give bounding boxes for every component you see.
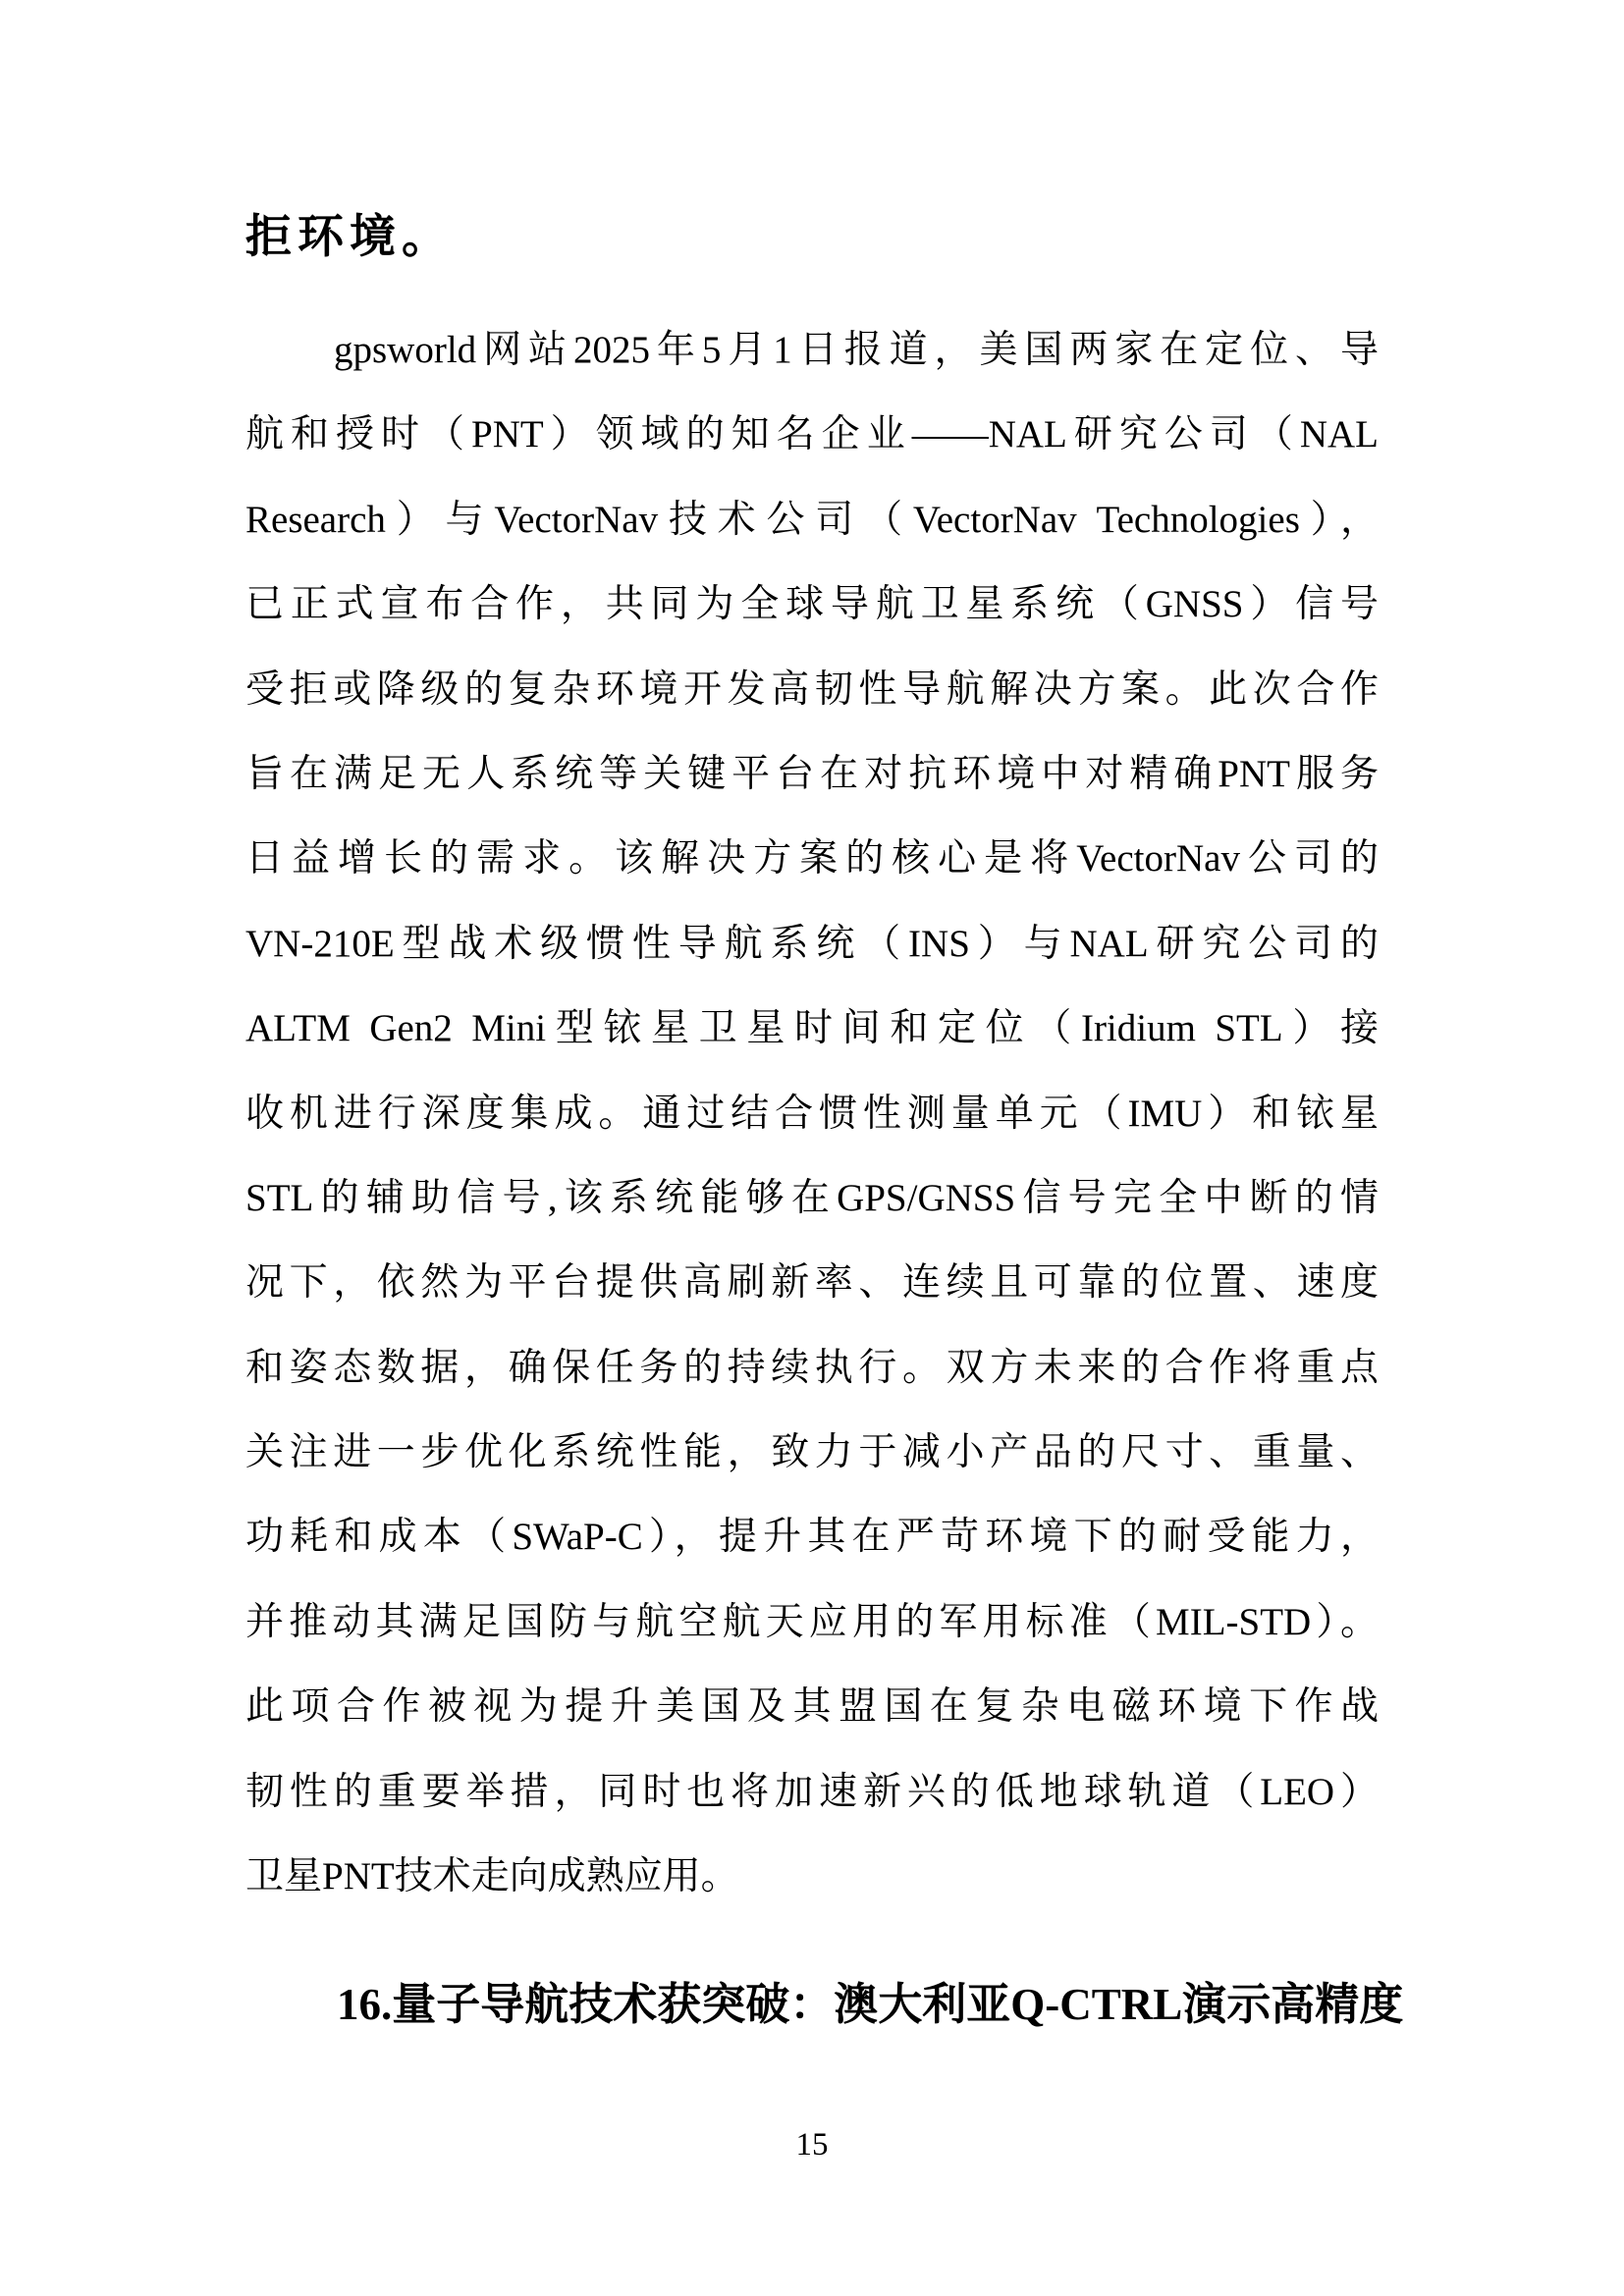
paragraph-line: gpsworld网站2025年5月1日报道，美国两家在定位、导 <box>245 308 1379 393</box>
paragraph-line: 收机进行深度集成。通过结合惯性测量单元（IMU）和铱星 <box>245 1072 1379 1156</box>
paragraph-line: 和姿态数据，确保任务的持续执行。双方未来的合作将重点 <box>245 1326 1379 1411</box>
paragraph-line: 日益增长的需求。该解决方案的核心是将VectorNav公司的 <box>245 817 1379 901</box>
body-paragraph: gpsworld网站2025年5月1日报道，美国两家在定位、导 航和授时（PNT… <box>245 308 1379 1919</box>
paragraph-line: 航和授时（PNT）领域的知名企业——NAL研究公司（NAL <box>245 393 1379 477</box>
paragraph-line: VN-210E型战术级惯性导航系统（INS）与NAL研究公司的 <box>245 902 1379 987</box>
paragraph-line: STL的辅助信号,该系统能够在GPS/GNSS信号完全中断的情 <box>245 1156 1379 1241</box>
carryover-heading-text: 拒环境。 <box>245 195 1379 280</box>
paragraph-line: 功耗和成本（SWaP-C），提升其在严苛环境下的耐受能力， <box>245 1495 1379 1579</box>
paragraph-line: 韧性的重要举措，同时也将加速新兴的低地球轨道（LEO） <box>245 1750 1379 1835</box>
page-number: 15 <box>0 2123 1624 2166</box>
paragraph-line: Research）与VectorNav技术公司（VectorNav Techno… <box>245 478 1379 562</box>
paragraph-line: 并推动其满足国防与航空航天应用的军用标准（MIL-STD）。 <box>245 1580 1379 1665</box>
section-16-heading: 16.量子导航技术获突破：澳大利亚Q-CTRL演示高精度 <box>337 1962 1574 2047</box>
paragraph-line: 卫星PNT技术走向成熟应用。 <box>245 1835 1379 1919</box>
paragraph-line: 受拒或降级的复杂环境开发高韧性导航解决方案。此次合作 <box>245 648 1379 732</box>
paragraph-line: 旨在满足无人系统等关键平台在对抗环境中对精确PNT服务 <box>245 732 1379 817</box>
paragraph-line: 关注进一步优化系统性能，致力于减小产品的尺寸、重量、 <box>245 1411 1379 1495</box>
paragraph-line: 况下，依然为平台提供高刷新率、连续且可靠的位置、速度 <box>245 1241 1379 1325</box>
paragraph-line: ALTM Gen2 Mini型铱星卫星时间和定位（Iridium STL）接 <box>245 987 1379 1071</box>
paragraph-line: 此项合作被视为提升美国及其盟国在复杂电磁环境下作战 <box>245 1665 1379 1749</box>
document-page: 拒环境。 gpsworld网站2025年5月1日报道，美国两家在定位、导 航和授… <box>0 0 1624 2296</box>
paragraph-line: 已正式宣布合作，共同为全球导航卫星系统（GNSS）信号 <box>245 562 1379 647</box>
